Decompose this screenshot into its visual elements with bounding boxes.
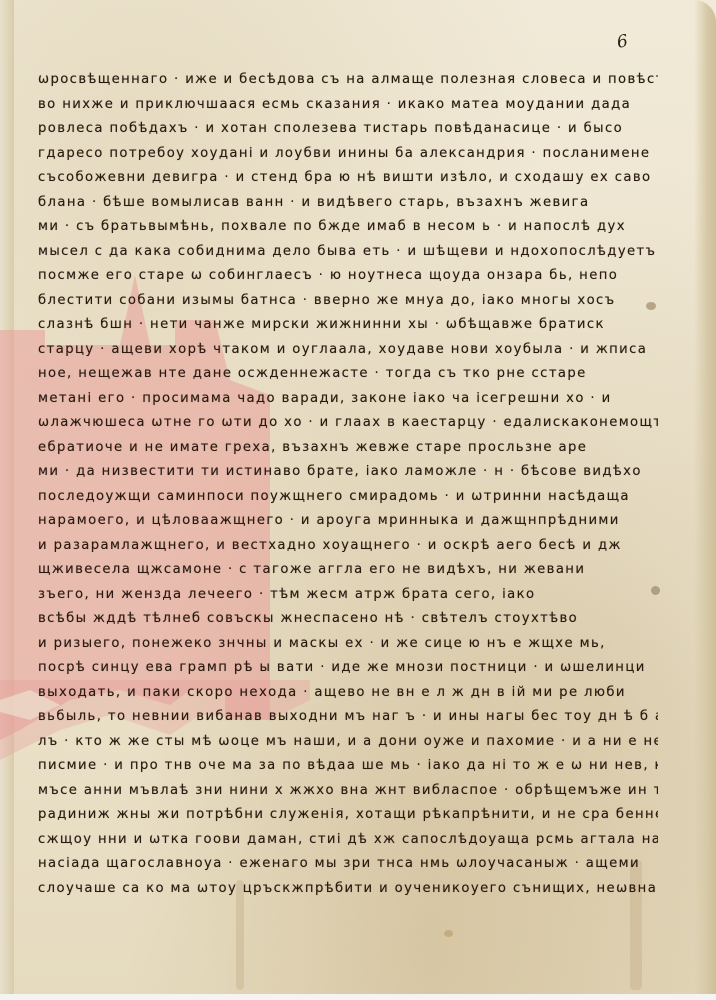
text-line: выходать, и паки скоро нехода · ащево не… xyxy=(38,681,658,706)
scan-border xyxy=(0,994,716,1000)
text-line: посрѣ синцу ева грамп рѣ ы вати · иде же… xyxy=(38,656,658,681)
text-line: ѡросвѣщеннаго · иже и бесѣдова съ на алм… xyxy=(38,68,658,93)
text-line: старцу · ащеви хорѣ чтаком и оуглаала, х… xyxy=(38,338,658,363)
text-line: блестити собани изымы батнса · вверно же… xyxy=(38,289,658,314)
text-line: гдаресо потребоу хоудані и лоубви инины … xyxy=(38,142,658,167)
manuscript-text: ѡросвѣщеннаго · иже и бесѣдова съ на алм… xyxy=(38,68,658,901)
text-line: последоужщи саминпоси поужщнего смирадом… xyxy=(38,485,658,510)
text-line: во нихже и приключшаася есмь сказания · … xyxy=(38,93,658,118)
text-line: ровлеса побѣдахъ · и хотан сполезева тис… xyxy=(38,117,658,142)
text-line: всѣбы жддѣ тѣлнеб совъскы жнеспасено нѣ … xyxy=(38,607,658,632)
text-line: зъего, ни жензда лечеего · тѣм жесм атрж… xyxy=(38,583,658,608)
text-line: слоучаше са ко ма ѡтоу цръскжпрѣбити и о… xyxy=(38,877,658,902)
text-line: метані его · просимама чадо варади, зако… xyxy=(38,387,658,412)
text-line: блана · бѣше вомылисав ванн · и видѣвего… xyxy=(38,191,658,216)
text-line: ми · да низвестити ти истинаво брате, іа… xyxy=(38,460,658,485)
text-line: съсобожевни девигра · и стенд бра ю нѣ в… xyxy=(38,166,658,191)
folio-number: 6 xyxy=(615,31,629,53)
page-right-edge xyxy=(694,0,716,1000)
text-line: ебратиоче и не имате греха, възахнъ жевж… xyxy=(38,436,658,461)
text-line: вьбыль, то невнии вибанав выходни мъ наг… xyxy=(38,705,658,730)
text-line: радиниж жны жи потрѣбни служенія, хотащи… xyxy=(38,803,658,828)
text-line: лъ · кто ж же сты мѣ ѡоце мъ наши, и а д… xyxy=(38,730,658,755)
text-line: щживесела щжсамоне · с тагоже аггла его … xyxy=(38,558,658,583)
text-line: сжщоу нни и ѡтка гоови даман, стиі дѣ хж… xyxy=(38,828,658,853)
text-line: ѡлажчюшеса ѡтне го ѡти до хо · и глаах в… xyxy=(38,411,658,436)
text-line: и разарамлажщнего, и вестхадно хоуащнего… xyxy=(38,534,658,559)
manuscript-page: 6 ѡросвѣщеннаго · иже и бесѣдова съ на а… xyxy=(0,0,716,1000)
text-line: мысел с да кака собиднима дело быва еть … xyxy=(38,240,658,265)
stain-spot xyxy=(444,930,453,937)
text-line: ми · съ братьвымѣнь, похвале по бжде има… xyxy=(38,215,658,240)
text-line: и ризыего, понежеко знчны и маскы ех · и… xyxy=(38,632,658,657)
text-line: посмже его старе ѡ собинглаесъ · ю ноутн… xyxy=(38,264,658,289)
text-line: слазнѣ бшн · нети чанже мирски жижнинни … xyxy=(38,313,658,338)
text-line: писмие · и про тнв оче ма за по вѣдаа ше… xyxy=(38,754,658,779)
text-line: мъсе анни мъвлаѣ зни нини х жжхо вна жнт… xyxy=(38,779,658,804)
text-line: ное, нещежав нте дане осжденнежасте · то… xyxy=(38,362,658,387)
page-left-edge xyxy=(0,0,14,1000)
text-line: нарамоего, и цѣловаажщнего · и ароуга мр… xyxy=(38,509,658,534)
text-line: насіада щагославноуа · еженаго мы зри тн… xyxy=(38,852,658,877)
